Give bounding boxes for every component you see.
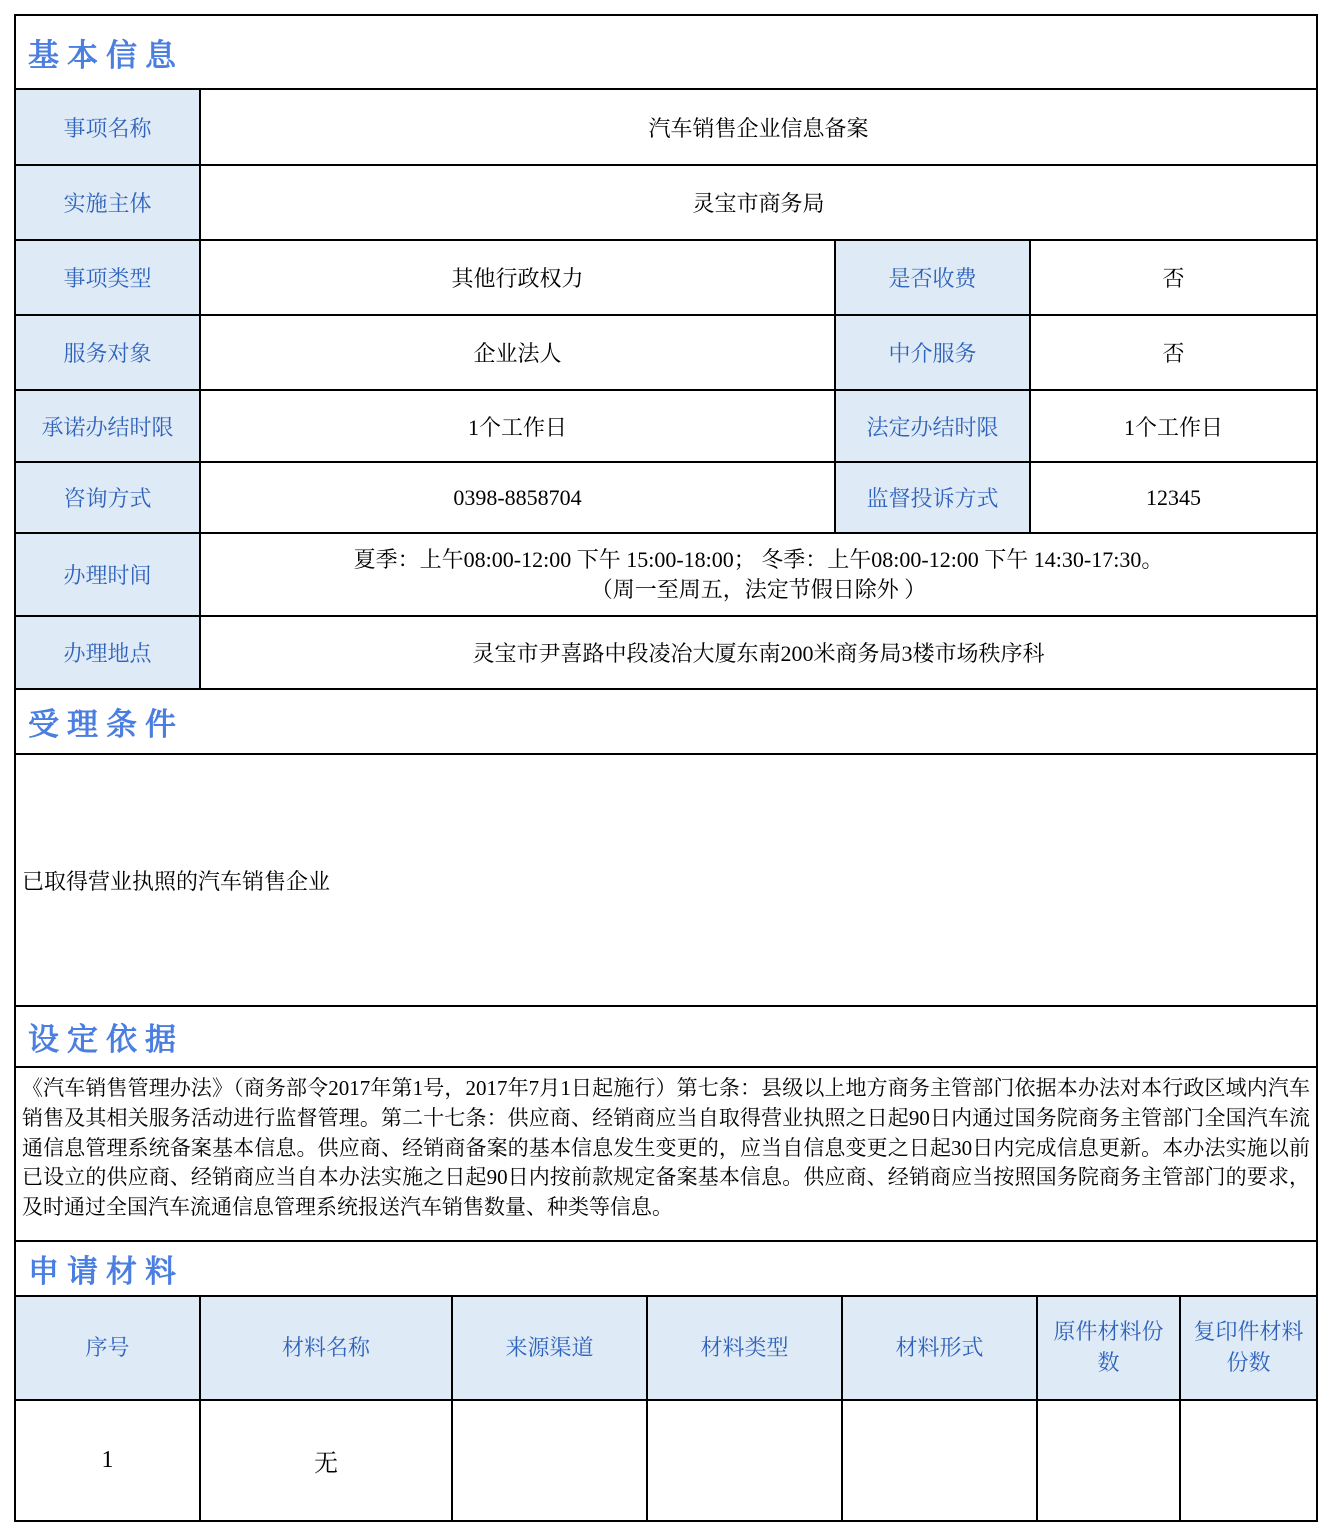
service-item-document: 基本信息 事项名称 汽车销售企业信息备案 实施主体 灵宝市商务局 事项类型 其他… [14, 14, 1318, 1522]
setting-basis-content: 《汽车销售管理办法》（商务部令2017年第1号，2017年7月1日起施行）第七条… [16, 1068, 1316, 1240]
label-item-name: 事项名称 [16, 90, 200, 165]
section-title-setting-basis: 设定依据 [16, 1005, 1316, 1068]
value-complaint-phone: 12345 [1030, 462, 1316, 533]
label-promised-time-limit: 承诺办结时限 [16, 390, 200, 462]
header-source-channel: 来源渠道 [452, 1297, 647, 1400]
row-service-target: 服务对象 企业法人 中介服务 否 [16, 315, 1316, 390]
row-promised-time-limit: 承诺办结时限 1个工作日 法定办结时限 1个工作日 [16, 390, 1316, 462]
value-office-location: 灵宝市尹喜路中段凌冶大厦东南200米商务局3楼市场秩序科 [200, 616, 1316, 688]
cell-seq-no: 1 [16, 1400, 200, 1520]
value-item-type: 其他行政权力 [200, 240, 835, 315]
label-service-target: 服务对象 [16, 315, 200, 390]
cell-material-form [842, 1400, 1037, 1520]
cell-material-name: 无 [200, 1400, 452, 1520]
value-office-hours: 夏季：上午08:00-12:00 下午 15:00-18:00； 冬季：上午08… [200, 533, 1316, 616]
label-complaint-method: 监督投诉方式 [835, 462, 1030, 533]
header-material-form: 材料形式 [842, 1297, 1037, 1400]
materials-header-row: 序号 材料名称 来源渠道 材料类型 材料形式 原件材料份数 复印件材料份数 [16, 1297, 1316, 1400]
section-title-basic-info: 基本信息 [16, 16, 1316, 90]
header-material-name: 材料名称 [200, 1297, 452, 1400]
cell-original-copies [1037, 1400, 1180, 1520]
label-consultation-method: 咨询方式 [16, 462, 200, 533]
row-item-type: 事项类型 其他行政权力 是否收费 否 [16, 240, 1316, 315]
acceptance-conditions-content: 已取得营业执照的汽车销售企业 [16, 755, 1316, 1005]
label-fee-charged: 是否收费 [835, 240, 1030, 315]
row-office-location: 办理地点 灵宝市尹喜路中段凌冶大厦东南200米商务局3楼市场秩序科 [16, 616, 1316, 688]
value-service-target: 企业法人 [200, 315, 835, 390]
office-hours-line2: （周一至周五，法定节假日除外 ） [205, 575, 1312, 605]
value-fee-charged: 否 [1030, 240, 1316, 315]
basic-info-table: 事项名称 汽车销售企业信息备案 实施主体 灵宝市商务局 事项类型 其他行政权力 … [16, 90, 1316, 688]
section-title-acceptance-conditions: 受理条件 [16, 688, 1316, 755]
row-implementing-body: 实施主体 灵宝市商务局 [16, 165, 1316, 240]
cell-source-channel [452, 1400, 647, 1520]
value-promised-time-limit: 1个工作日 [200, 390, 835, 462]
value-item-name: 汽车销售企业信息备案 [200, 90, 1316, 165]
value-legal-time-limit: 1个工作日 [1030, 390, 1316, 462]
row-office-hours: 办理时间 夏季：上午08:00-12:00 下午 15:00-18:00； 冬季… [16, 533, 1316, 616]
header-original-copies: 原件材料份数 [1037, 1297, 1180, 1400]
materials-data-row: 1 无 [16, 1400, 1316, 1520]
office-hours-line1: 夏季：上午08:00-12:00 下午 15:00-18:00； 冬季：上午08… [205, 545, 1312, 575]
label-implementing-body: 实施主体 [16, 165, 200, 240]
row-consultation-method: 咨询方式 0398-8858704 监督投诉方式 12345 [16, 462, 1316, 533]
label-intermediary-service: 中介服务 [835, 315, 1030, 390]
section-title-application-materials: 申请材料 [16, 1240, 1316, 1297]
cell-photocopy-copies [1180, 1400, 1316, 1520]
header-material-type: 材料类型 [647, 1297, 842, 1400]
label-office-hours: 办理时间 [16, 533, 200, 616]
value-consultation-phone: 0398-8858704 [200, 462, 835, 533]
label-legal-time-limit: 法定办结时限 [835, 390, 1030, 462]
label-office-location: 办理地点 [16, 616, 200, 688]
header-photocopy-copies: 复印件材料份数 [1180, 1297, 1316, 1400]
value-implementing-body: 灵宝市商务局 [200, 165, 1316, 240]
header-seq-no: 序号 [16, 1297, 200, 1400]
row-item-name: 事项名称 汽车销售企业信息备案 [16, 90, 1316, 165]
materials-table: 序号 材料名称 来源渠道 材料类型 材料形式 原件材料份数 复印件材料份数 1 … [16, 1297, 1316, 1520]
value-intermediary-service: 否 [1030, 315, 1316, 390]
cell-material-type [647, 1400, 842, 1520]
label-item-type: 事项类型 [16, 240, 200, 315]
